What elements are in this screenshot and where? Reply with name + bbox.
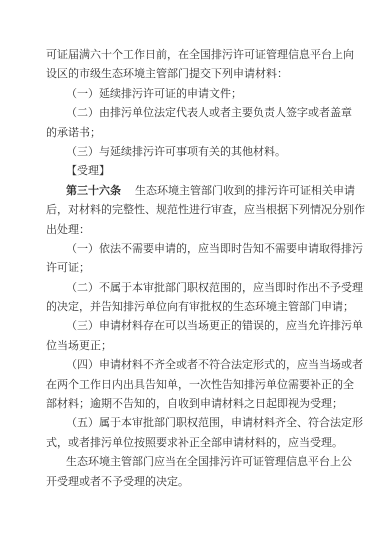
doc-line-item-1: （一）依法不需要申请的，应当即时告知不需要申请取得排污 [46,240,356,259]
document-page: 可证届满六十个工作日前，在全国排污许可证管理信息平台上向 设区的市级生态环境主管… [0,0,390,551]
doc-line-continuation: 开受理或者不予受理的决定。 [46,473,356,492]
doc-line-article-36: 第三十六条生态环境主管部门收到的排污许可证相关申请 [46,182,356,201]
doc-line-item-3: （三）申请材料存在可以当场更正的错误的，应当允许排污单 [46,317,356,336]
doc-line-item-3: （三）与延续排污许可事项有关的其他材料。 [46,143,356,162]
doc-line-continuation: 许可证； [46,259,356,278]
document-text-block: 可证届满六十个工作日前，在全国排污许可证管理信息平台上向 设区的市级生态环境主管… [46,46,356,492]
doc-line-item-2: （二）不属于本审批部门职权范围的，应当即时作出不予受理 [46,279,356,298]
doc-line-section-label: 【受理】 [46,162,356,181]
doc-line-continuation: 出处理： [46,221,356,240]
article-number-label: 第三十六条 [66,185,121,197]
doc-line-continuation: 的决定，并告知排污单位向有审批权的生态环境主管部门申请； [46,298,356,317]
doc-line-continuation: 后，对材料的完整性、规范性进行审查，应当根据下列情况分别作 [46,201,356,220]
doc-line-item-5: （五）属于本审批部门职权范围，申请材料齐全、符合法定形 [46,414,356,433]
doc-line-item-1: （一）延续排污许可证的申请文件； [46,85,356,104]
article-36-text: 生态环境主管部门收到的排污许可证相关申请 [135,185,355,197]
doc-line-continuation: 设区的市级生态环境主管部门提交下列申请材料： [46,65,356,84]
doc-line-continuation: 位当场更正； [46,337,356,356]
doc-line-continuation: 在两个工作日内出具告知单，一次性告知排污单位需要补正的全 [46,376,356,395]
doc-line-item-4: （四）申请材料不齐全或者不符合法定形式的，应当当场或者 [46,356,356,375]
doc-line-continuation: 的承诺书； [46,124,356,143]
doc-line-item-2: （二）由排污单位法定代表人或者主要负责人签字或者盖章 [46,104,356,123]
doc-line-continuation: 部材料；逾期不告知的，自收到申请材料之日起即视为受理； [46,395,356,414]
doc-line-continuation: 可证届满六十个工作日前，在全国排污许可证管理信息平台上向 [46,46,356,65]
doc-line-continuation: 式，或者排污单位按照要求补正全部申请材料的，应当受理。 [46,434,356,453]
doc-line-closing-paragraph: 生态环境主管部门应当在全国排污许可证管理信息平台上公 [46,453,356,472]
